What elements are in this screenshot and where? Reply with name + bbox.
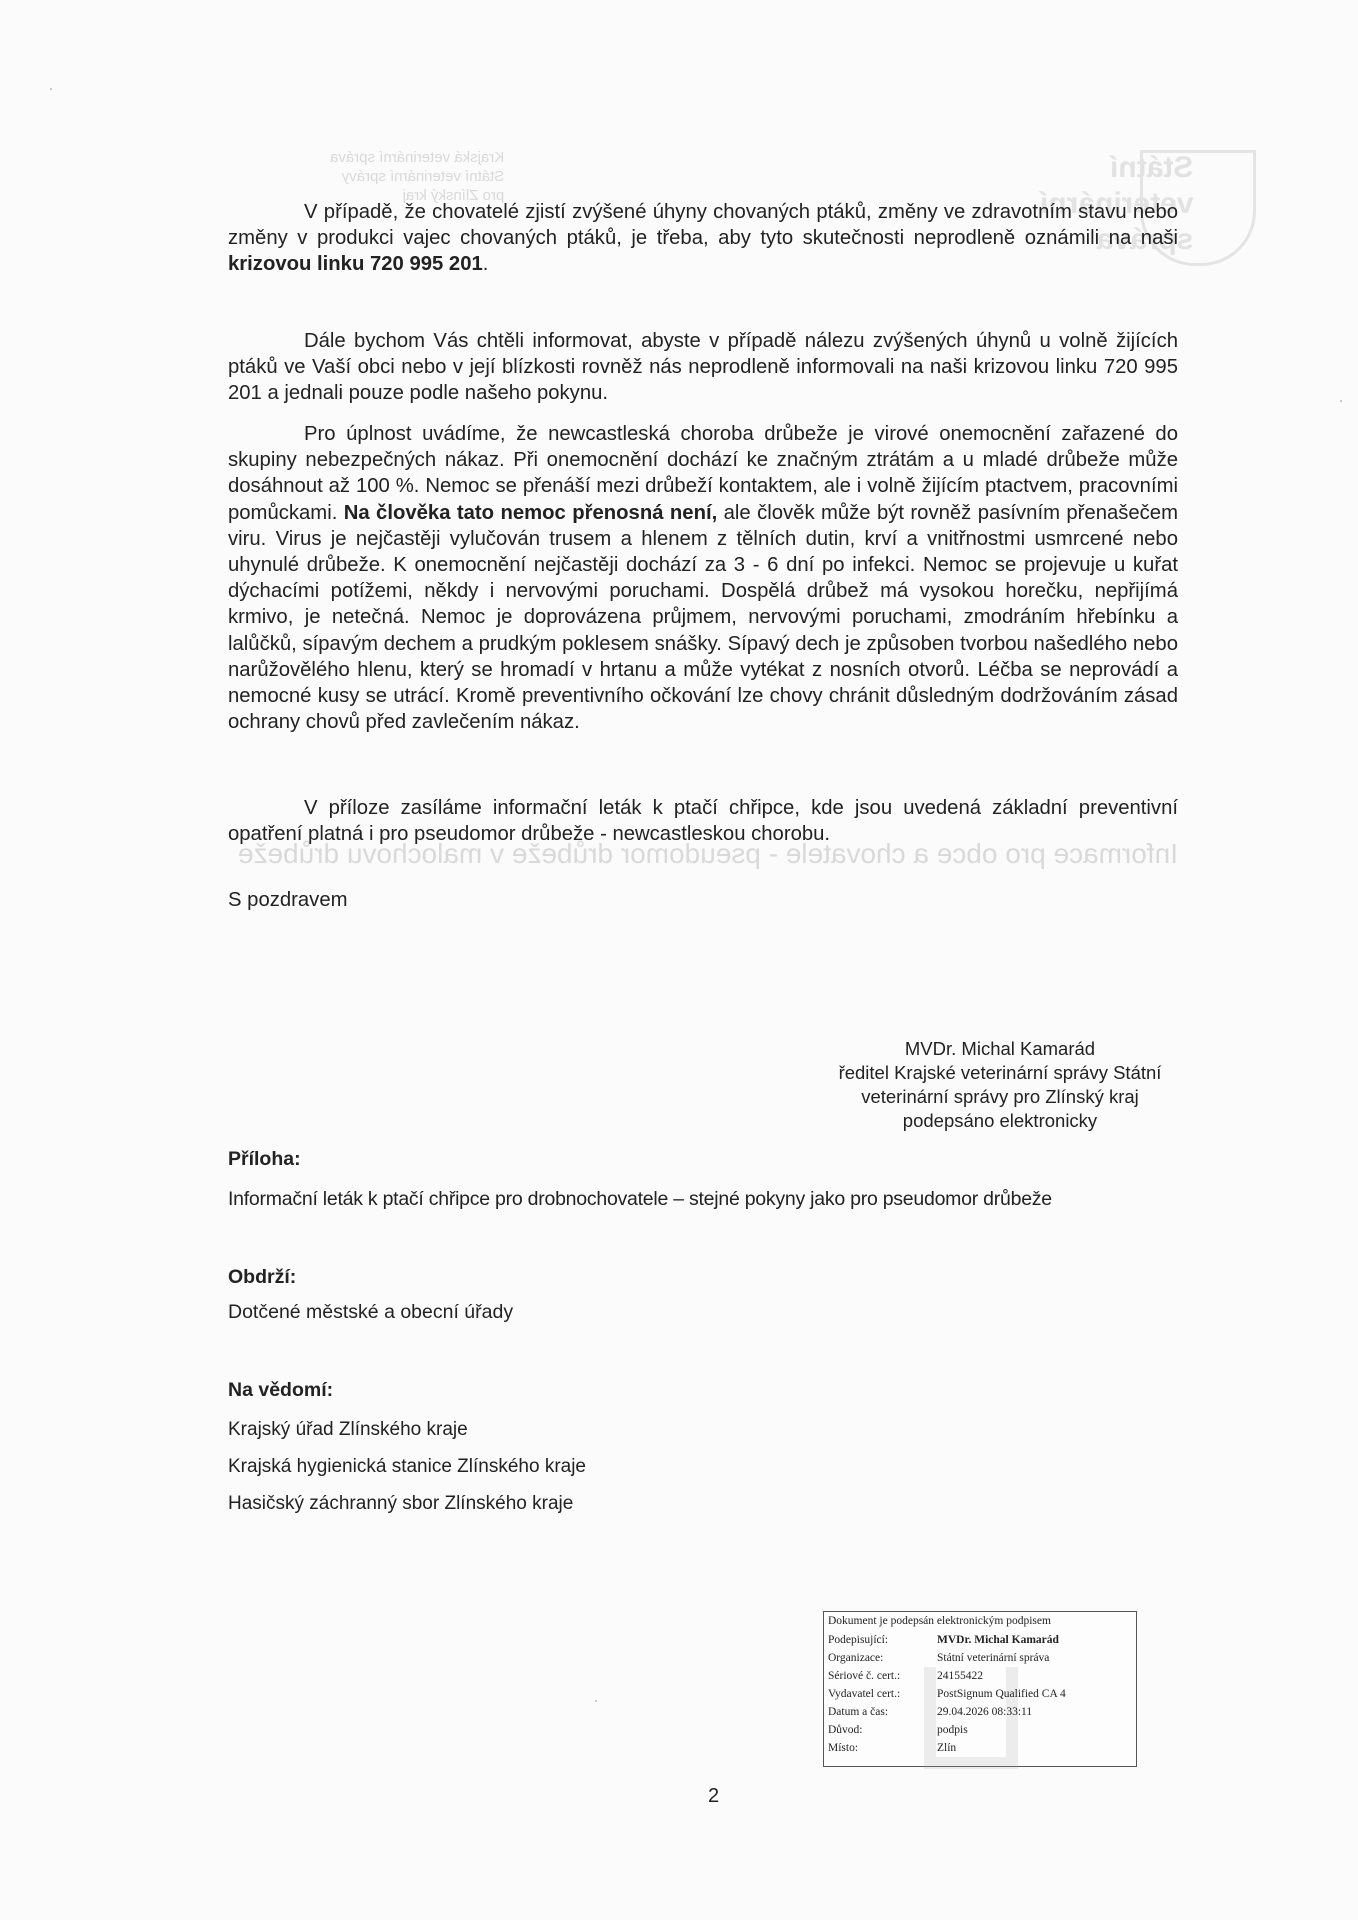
ghost-header: Krajská veterinární správa Státní veteri… xyxy=(330,148,504,205)
esig-value: 24155422 xyxy=(937,1670,983,1682)
paragraph-2: Dále bychom Vás chtěli informovat, abyst… xyxy=(228,328,1178,407)
signed-electronically-note: podepsáno elektronicky xyxy=(800,1109,1200,1133)
esig-label: Místo: xyxy=(828,1742,858,1754)
esig-row-issuer: Vydavatel cert.: PostSignum Qualified CA… xyxy=(828,1688,1128,1704)
scan-speck xyxy=(1340,400,1342,402)
for-information-heading: Na vědomí: xyxy=(228,1379,333,1402)
esig-label: Důvod: xyxy=(828,1724,863,1736)
for-information-item: Krajský úřad Zlínského kraje xyxy=(228,1419,468,1441)
esig-row-place: Místo: Zlín xyxy=(828,1742,1128,1758)
recipient-item: Dotčené městské a obecní úřady xyxy=(228,1301,513,1324)
for-information-item: Hasičský záchranný sbor Zlínského kraje xyxy=(228,1493,573,1515)
esig-label: Sériové č. cert.: xyxy=(828,1670,900,1682)
attachment-heading: Příloha: xyxy=(228,1148,301,1171)
signatory-name: MVDr. Michal Kamarád xyxy=(800,1037,1200,1061)
crisis-line-bold: krizovou linku 720 995 201 xyxy=(228,253,483,275)
not-transmissible-bold: Na člověka tato nemoc přenosná není, xyxy=(344,502,718,524)
paragraph-4: V příloze zasíláme informační leták k pt… xyxy=(228,795,1178,847)
signatory-title-line2: veterinární správy pro Zlínský kraj xyxy=(800,1085,1200,1109)
electronic-signature-box: Dokument je podepsán elektronickým podpi… xyxy=(823,1611,1137,1767)
signature-block: MVDr. Michal Kamarád ředitel Krajské vet… xyxy=(800,1037,1200,1133)
esig-header: Dokument je podepsán elektronickým podpi… xyxy=(828,1615,1051,1627)
attachment-item: Informační leták k ptačí chřipce pro dro… xyxy=(228,1188,1052,1211)
esig-row-reason: Důvod: podpis xyxy=(828,1724,1128,1740)
for-information-item: Krajská hygienická stanice Zlínského kra… xyxy=(228,1456,586,1478)
esig-row-signer: Podepisující: MVDr. Michal Kamarád xyxy=(828,1634,1128,1650)
esig-label: Vydavatel cert.: xyxy=(828,1688,900,1700)
page-number: 2 xyxy=(708,1785,719,1808)
esig-value: MVDr. Michal Kamarád xyxy=(937,1634,1059,1646)
document-page: Krajská veterinární správa Státní veteri… xyxy=(0,0,1358,1920)
esig-label: Organizace: xyxy=(828,1652,883,1664)
paragraph-text: V případě, že chovatelé zjistí zvýšené ú… xyxy=(228,201,1178,249)
paragraph-3: Pro úplnost uvádíme, že newcastleská cho… xyxy=(228,421,1178,735)
esig-value: Zlín xyxy=(937,1742,956,1754)
esig-value: PostSignum Qualified CA 4 xyxy=(937,1688,1066,1700)
esig-row-organization: Organizace: Státní veterinární správa xyxy=(828,1652,1128,1668)
scan-speck xyxy=(50,88,52,90)
greeting: S pozdravem xyxy=(228,889,348,912)
paragraph-1: V případě, že chovatelé zjistí zvýšené ú… xyxy=(228,199,1178,278)
esig-row-serial: Sériové č. cert.: 24155422 xyxy=(828,1670,1128,1686)
signatory-title-line1: ředitel Krajské veterinární správy Státn… xyxy=(800,1061,1200,1085)
esig-value: podpis xyxy=(937,1724,968,1736)
esig-label: Podepisující: xyxy=(828,1634,888,1646)
ghost-header-line: Krajská veterinární správa xyxy=(330,148,504,167)
recipients-heading: Obdrží: xyxy=(228,1266,296,1289)
paragraph-text: ale člověk může být rovněž pasívním přen… xyxy=(228,502,1178,734)
esig-label: Datum a čas: xyxy=(828,1706,888,1718)
paragraph-text: Dále bychom Vás chtěli informovat, abyst… xyxy=(228,330,1178,404)
esig-row-datetime: Datum a čas: 29.04.2026 08:33:11 xyxy=(828,1706,1128,1722)
paragraph-text: . xyxy=(483,253,489,275)
esig-value: 29.04.2026 08:33:11 xyxy=(937,1706,1032,1718)
scan-speck xyxy=(595,1700,597,1702)
paragraph-text: V příloze zasíláme informační leták k pt… xyxy=(228,797,1178,845)
ghost-header-line: Státní veterinární správy xyxy=(330,167,504,186)
esig-value: Státní veterinární správa xyxy=(937,1652,1049,1664)
ghost-logo-line: Státní xyxy=(1040,150,1193,186)
